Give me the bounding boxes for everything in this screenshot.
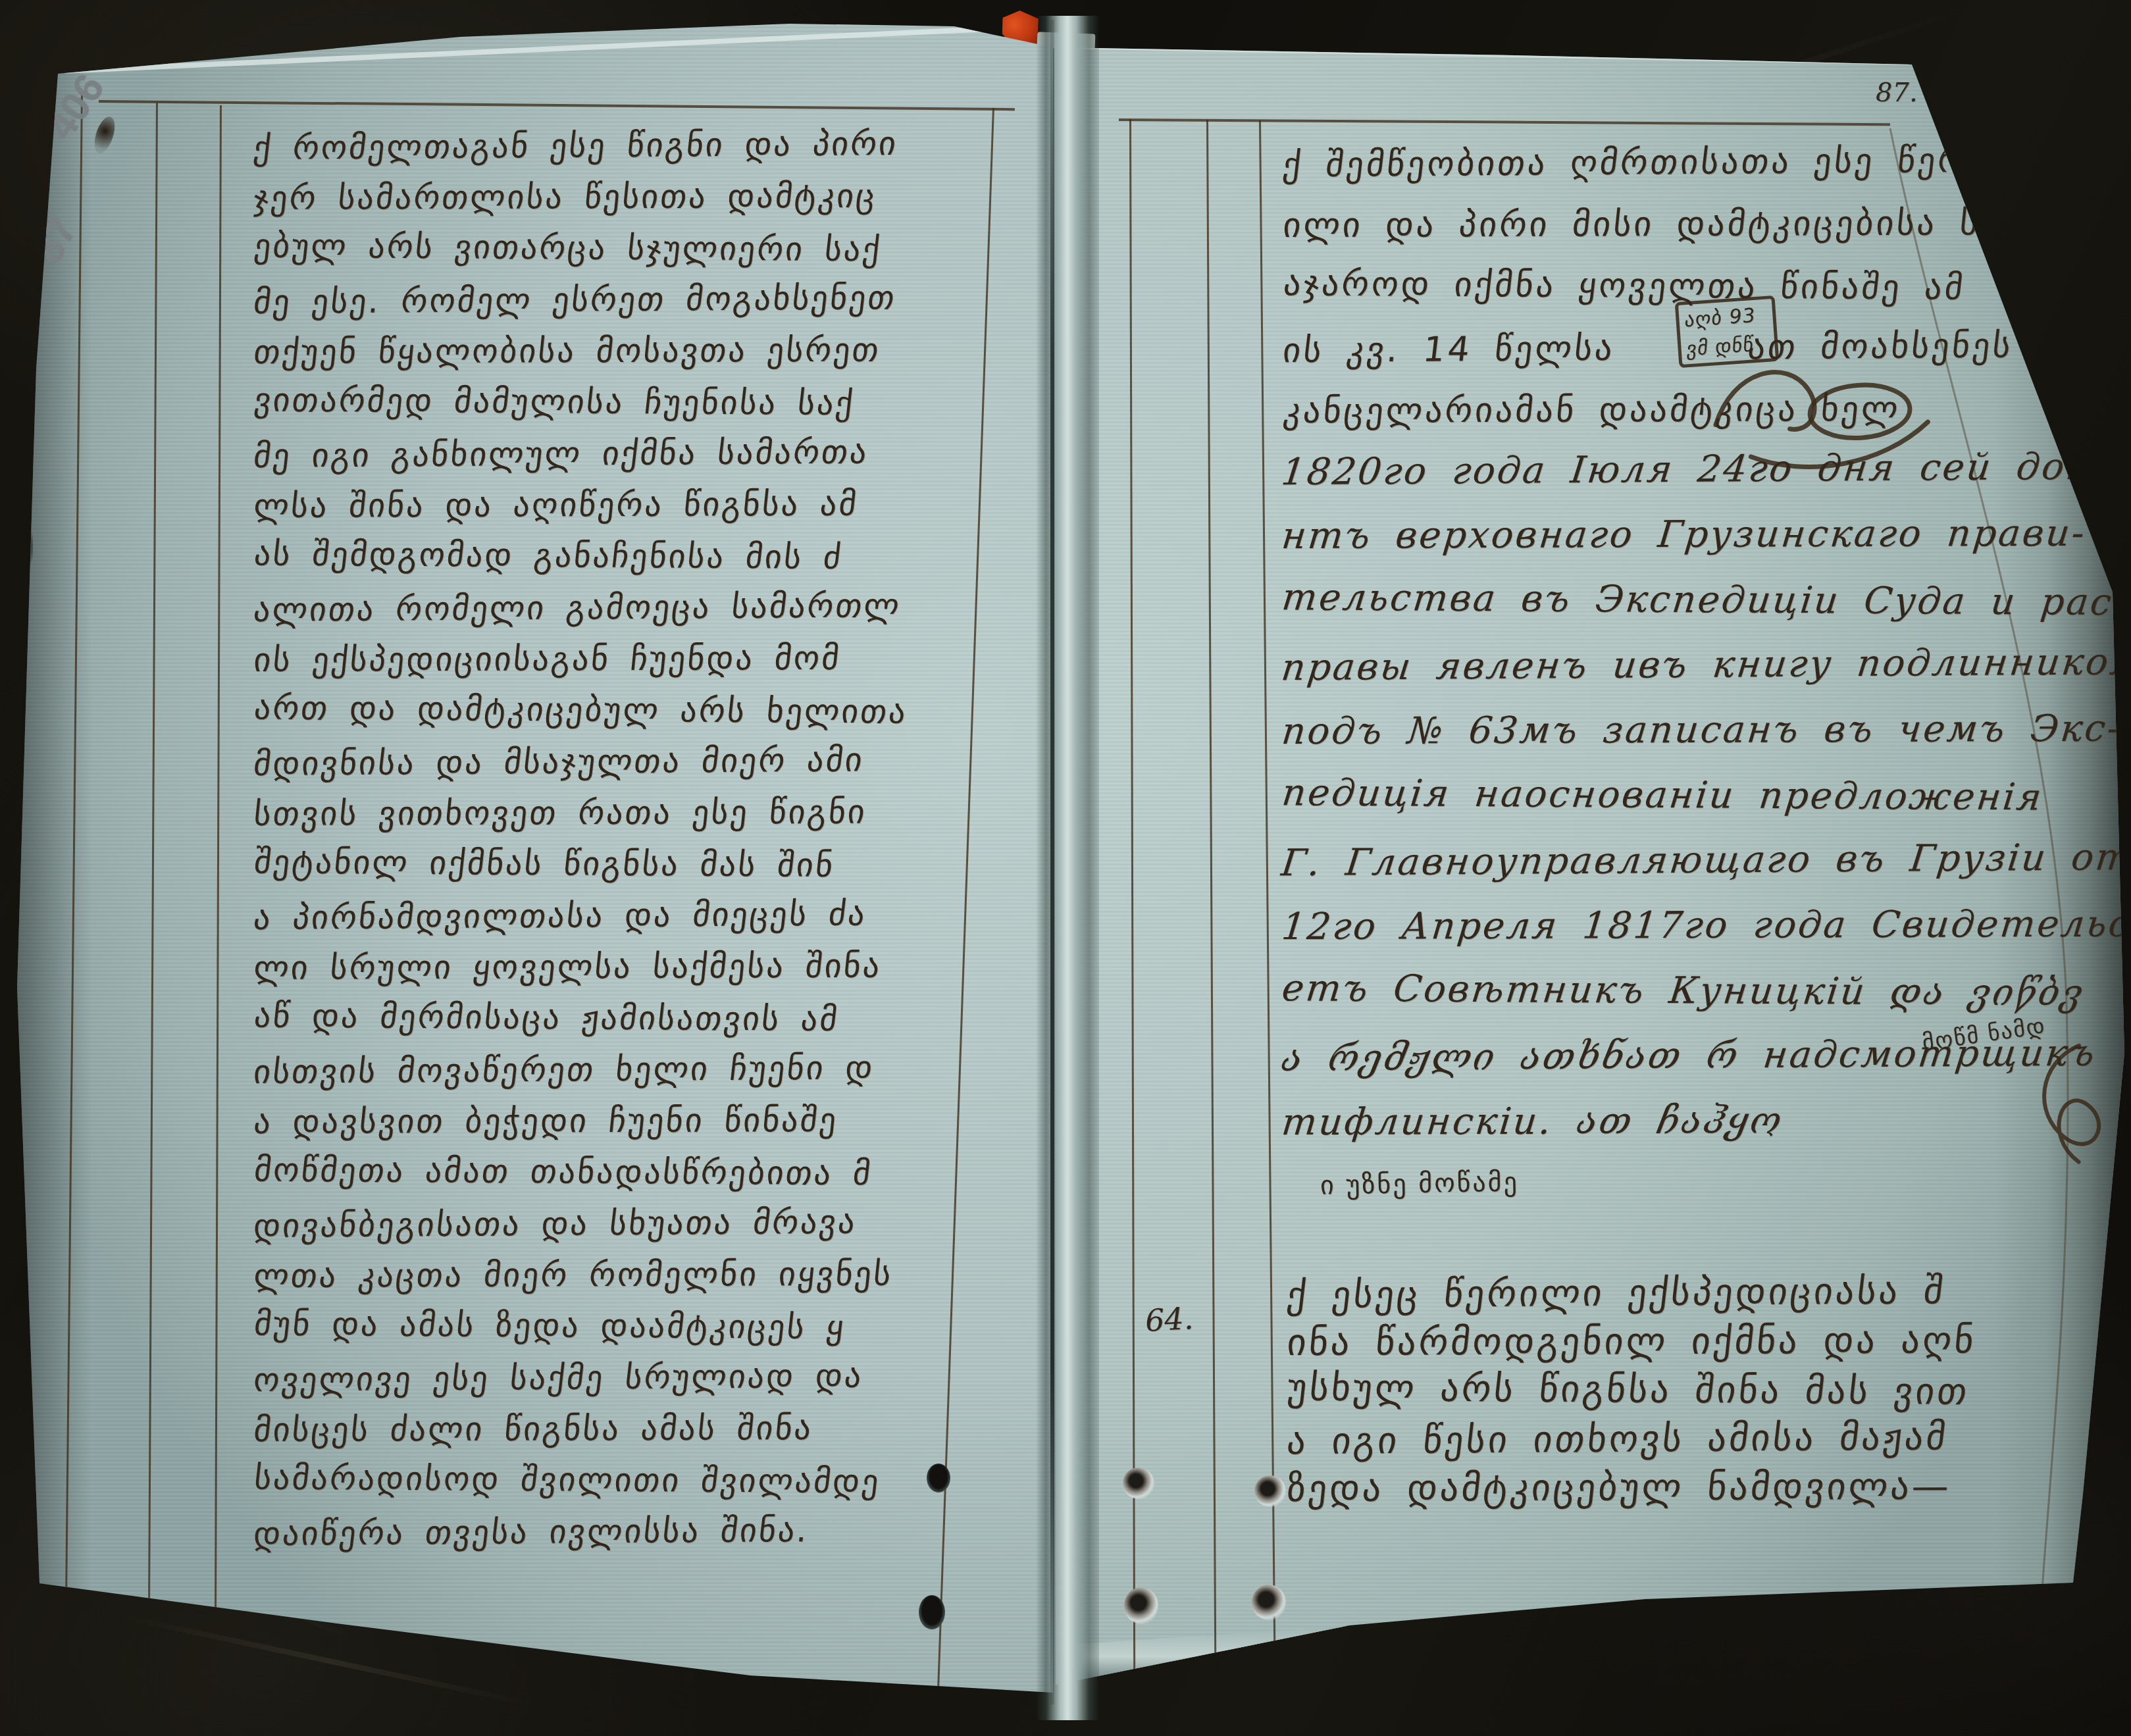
gutter-crease — [1050, 20, 1054, 1704]
manuscript-line: ალითა რომელი გამოეცა სამართლ — [251, 579, 1001, 636]
manuscript-line: დაიწერა თვესა ივლისსა შინა. — [251, 1503, 1001, 1560]
manuscript-line: მე ესე. რომელ ესრეთ მოგახსენეთ — [251, 271, 1001, 328]
manuscript-line: тельства въ Экспедицiи Суда и рас- — [1279, 565, 2082, 634]
left-text-block: ქ რომელთაგან ესე წიგნი და პირი ჯერ სამარ… — [254, 120, 998, 1557]
manuscript-line: თქუენ წყალობისა მოსავთა ესრეთ — [251, 324, 1000, 378]
manuscript-line: ა იგი წესი ითხოვს ამისა მაჟამ — [1284, 1412, 2080, 1466]
manuscript-line: მუნ და ამას ზედა დაამტკიცეს ყ — [251, 1298, 1000, 1354]
manuscript-line: მისცეს ძალი წიგნსა ამას შინა — [251, 1402, 1000, 1456]
manuscript-line: ა დავსვით ბეჭედი ჩუენი წინაშე — [251, 1094, 1000, 1148]
line4-pre: ის კვ. 14 წელსა — [1279, 318, 1618, 382]
stamp-text-row: ვმ დნწ — [1685, 329, 1770, 364]
right-top-text-block: ქ შემწეობითა ღმრთისათა ესე წერ ილი და პი… — [1283, 132, 2073, 441]
manuscript-line: педицiя наоснованiи предложенiя — [1279, 760, 2082, 830]
manuscript-line: ქ ესეც წერილი ექსპედიციასა შ — [1284, 1266, 2080, 1320]
binding-hole — [1124, 1587, 1158, 1624]
manuscript-line: სამარადისოდ შვილითი შვილამდე — [251, 1452, 1000, 1508]
manuscript-line: აწ და მერმისაცა ჟამისათვის ამ — [251, 990, 1000, 1046]
ruled-line-margin — [214, 105, 222, 1711]
manuscript-line: ვითარმედ მამულისა ჩუენისა საქ — [251, 374, 1000, 430]
manuscript-line: правы явленъ ивъ книгу подлинникомъ — [1278, 630, 2082, 700]
manuscript-line: 12го Апреля 1817го года Свидетельству- — [1279, 892, 2082, 959]
margin-entry-number: 64. — [1144, 1300, 1194, 1339]
page-number: 87. — [1876, 78, 1918, 108]
manuscript-line: კანცელარიამან დაამტკიცა ხელ — [1280, 378, 2076, 442]
manuscript-line: ზედა დამტკიცებულ ნამდვილა— — [1285, 1462, 2080, 1514]
manuscript-line: нтъ верховнаго Грузинскаго прави- — [1279, 501, 2082, 569]
binding-hole — [1252, 1585, 1286, 1620]
binding-hole — [919, 1595, 945, 1629]
ruled-line-top — [99, 100, 1015, 111]
ruled-line-margin — [1129, 119, 1135, 1672]
manuscript-line: ა პირნამდვილთასა და მიეცეს ძა — [251, 887, 1001, 944]
manuscript-line: ლსა შინა და აღიწერა წიგნსა ამ — [251, 478, 1000, 532]
manuscript-line: შეტანილ იქმნას წიგნსა მას შინ — [251, 836, 1000, 892]
manuscript-line: етъ Совѣтникъ Куницкiй და ვიწბვ — [1279, 956, 2082, 1025]
ruled-line-margin — [1259, 120, 1276, 1680]
manuscript-line: ართ და დამტკიცებულ არს ხელითა — [251, 682, 1000, 738]
binding-hole — [1123, 1468, 1154, 1499]
manuscript-line: დივანბეგისათა და სხუათა მრავა — [251, 1195, 1001, 1252]
manuscript-line: ინა წარმოდგენილ იქმნა და აღნ — [1285, 1316, 2080, 1367]
manuscript-line: ლი სრული ყოველსა საქმესა შინა — [251, 940, 1000, 994]
manuscript-line: ებულ არს ვითარცა სჯულიერი საქ — [251, 220, 1000, 276]
manuscript-scan: 406 87 ქ რომელთაგან ესე წიგნი და პირი ჯე… — [0, 0, 2131, 1736]
manuscript-line: ქ რომელთაგან ესე წიგნი და პირი — [251, 117, 1001, 174]
book-gutter — [1036, 16, 1099, 1720]
manuscript-line: Г. Главноуправляющаго въ Грузiи отъ — [1278, 825, 2082, 896]
manuscript-line: 1820го года Іюля 24го дня сей докуме- — [1278, 434, 2082, 505]
manuscript-line: ისთვის მოვაწერეთ ხელი ჩუენი დ — [251, 1041, 1001, 1098]
manuscript-line: ლთა კაცთა მიერ რომელნი იყვნეს — [251, 1248, 1000, 1302]
manuscript-line: тифлинскiи. ათ ჩაჰყო — [1279, 1087, 2082, 1155]
manuscript-line: მოწმეთა ამათ თანადასწრებითა მ — [251, 1144, 1000, 1200]
manuscript-line: ას შემდგომად განაჩენისა მის ძ — [251, 528, 1000, 584]
manuscript-line: подъ № 63мъ записанъ въ чемъ Экс- — [1279, 696, 2082, 764]
right-bottom-text-block: ქ ესეც წერილი ექსპედიციასა შ ინა წარმოდგ… — [1287, 1269, 2077, 1512]
binding-hole — [927, 1464, 950, 1493]
ruled-line-top — [1119, 118, 1890, 126]
boxed-notarial-mark: აღბ 93 ვმ დნწ — [1675, 295, 1780, 368]
manuscript-line: ილი და პირი მისი დამტკიცებისა ს — [1280, 192, 2076, 257]
manuscript-line: მდივნისა და მსაჯულთა მიერ ამი — [251, 733, 1001, 790]
manuscript-line: მე იგი განხილულ იქმნა სამართა — [251, 425, 1001, 482]
ruled-line-margin — [147, 103, 158, 1702]
small-manuscript-line: ი უზნე მოწამე — [1320, 1167, 1520, 1200]
manuscript-line: ის ექსპედიციისაგან ჩუენდა მომ — [251, 632, 1000, 686]
manuscript-line: ოველივე ესე საქმე სრულიად და — [251, 1349, 1001, 1406]
manuscript-line: უსხულ არს წიგნსა შინა მას ვით — [1285, 1364, 2079, 1417]
line4-post: ათ მოახსენეს — [1744, 315, 2016, 378]
manuscript-line: ჯერ სამართლისა წესითა დამტკიც — [251, 170, 1000, 224]
manuscript-line: სთვის ვითხოვეთ რათა ესე წიგნი — [251, 786, 1000, 840]
ruled-line-margin — [1206, 120, 1216, 1676]
binding-hole — [1254, 1475, 1286, 1507]
